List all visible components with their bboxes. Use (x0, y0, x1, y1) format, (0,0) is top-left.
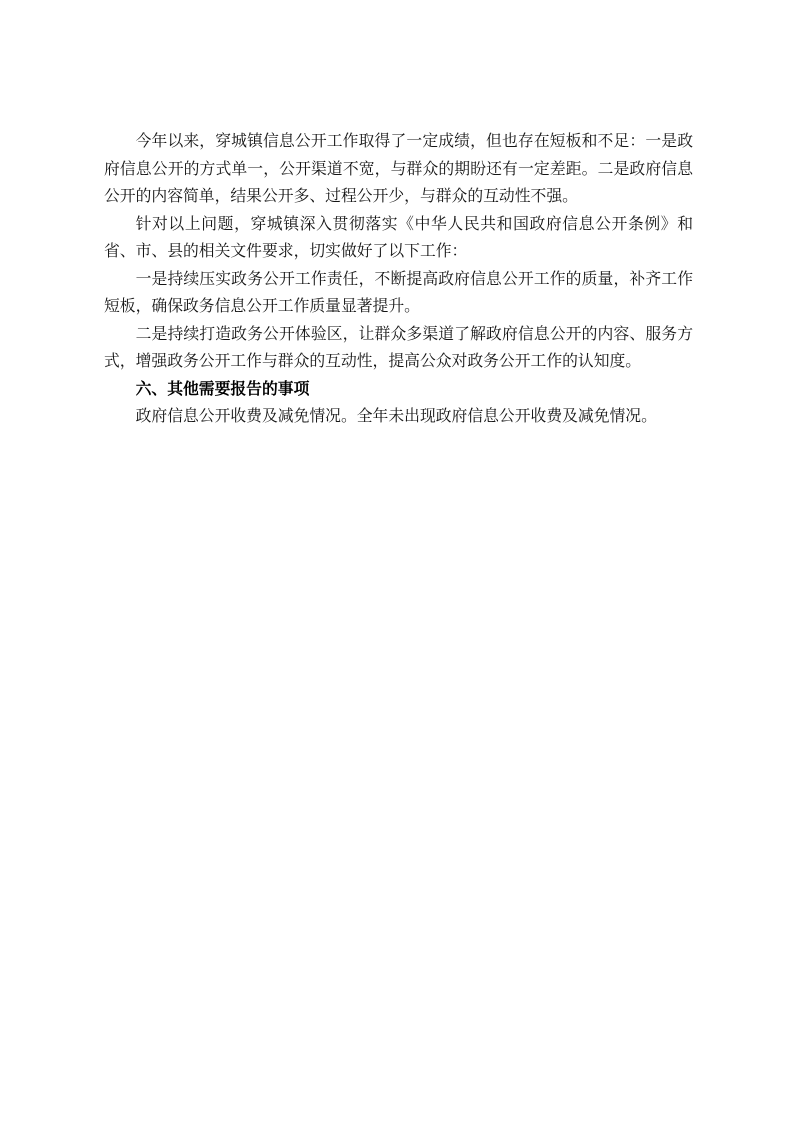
paragraph-rectification-intro: 针对以上问题，穿城镇深入贯彻落实《中华人民共和国政府信息公开条例》和省、市、县的… (104, 211, 693, 266)
paragraph-measure-two: 二是持续打造政务公开体验区，让群众多渠道了解政府信息公开的内容、服务方式，增强政… (104, 321, 693, 376)
section-heading-other-items: 六、其他需要报告的事项 (104, 376, 693, 404)
document-page: 今年以来，穿城镇信息公开工作取得了一定成绩，但也存在短板和不足：一是政府信息公开… (0, 0, 793, 1122)
document-body: 今年以来，穿城镇信息公开工作取得了一定成绩，但也存在短板和不足：一是政府信息公开… (104, 128, 693, 431)
paragraph-fees-and-reductions: 政府信息公开收费及减免情况。全年未出现政府信息公开收费及减免情况。 (104, 403, 693, 431)
paragraph-measure-one: 一是持续压实政务公开工作责任，不断提高政府信息公开工作的质量，补齐工作短板，确保… (104, 266, 693, 321)
paragraph-achievements-and-shortcomings: 今年以来，穿城镇信息公开工作取得了一定成绩，但也存在短板和不足：一是政府信息公开… (104, 128, 693, 211)
